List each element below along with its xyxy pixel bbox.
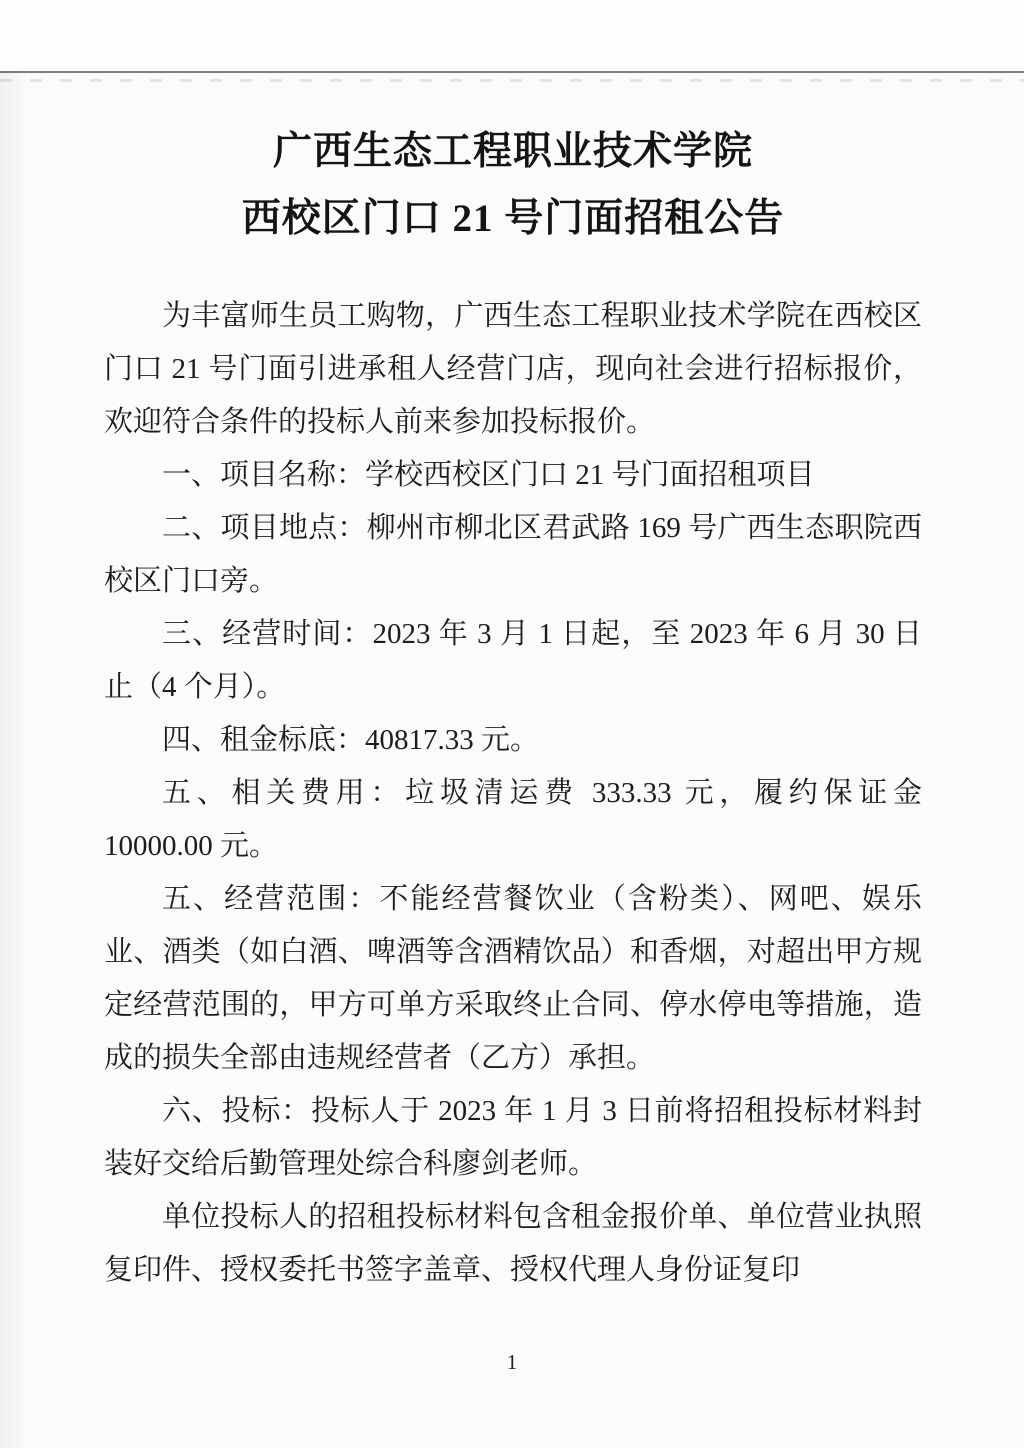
- paragraph-project-name: 一、项目名称：学校西校区门口 21 号门面招租项目: [104, 449, 922, 502]
- paragraph-fees: 五、相关费用：垃圾清运费 333.33 元，履约保证金 10000.00 元。: [104, 767, 922, 873]
- document-title-line-1: 广西生态工程职业技术学院: [104, 118, 922, 185]
- document-content: 广西生态工程职业技术学院 西校区门口 21 号门面招租公告 为丰富师生员工购物，…: [104, 118, 922, 1297]
- left-edge-shade: [0, 71, 30, 1448]
- document-title: 广西生态工程职业技术学院 西校区门口 21 号门面招租公告: [104, 118, 922, 252]
- scan-edge-speckle: [0, 79, 1024, 82]
- document-title-line-2: 西校区门口 21 号门面招租公告: [104, 185, 922, 252]
- paragraph-intro: 为丰富师生员工购物，广西生态工程职业技术学院在西校区门口 21 号门面引进承租人…: [104, 290, 922, 449]
- page-number: 1: [0, 1350, 1024, 1375]
- document-page: 广西生态工程职业技术学院 西校区门口 21 号门面招租公告 为丰富师生员工购物，…: [0, 0, 1024, 1448]
- scan-edge-line: [0, 71, 1024, 73]
- document-body: 为丰富师生员工购物，广西生态工程职业技术学院在西校区门口 21 号门面引进承租人…: [104, 290, 922, 1297]
- paragraph-period: 三、经营时间：2023 年 3 月 1 日起，至 2023 年 6 月 30 日…: [104, 608, 922, 714]
- paragraph-materials: 单位投标人的招租投标材料包含租金报价单、单位营业执照复印件、授权委托书签字盖章、…: [104, 1191, 922, 1297]
- paragraph-location: 二、项目地点：柳州市柳北区君武路 169 号广西生态职院西校区门口旁。: [104, 502, 922, 608]
- paragraph-bidding: 六、投标：投标人于 2023 年 1 月 3 日前将招租投标材料封装好交给后勤管…: [104, 1085, 922, 1191]
- scanner-background: [0, 0, 1024, 71]
- paragraph-base-rent: 四、租金标底：40817.33 元。: [104, 714, 922, 767]
- paragraph-business-scope: 五、经营范围：不能经营餐饮业（含粉类）、网吧、娱乐业、酒类（如白酒、啤酒等含酒精…: [104, 873, 922, 1085]
